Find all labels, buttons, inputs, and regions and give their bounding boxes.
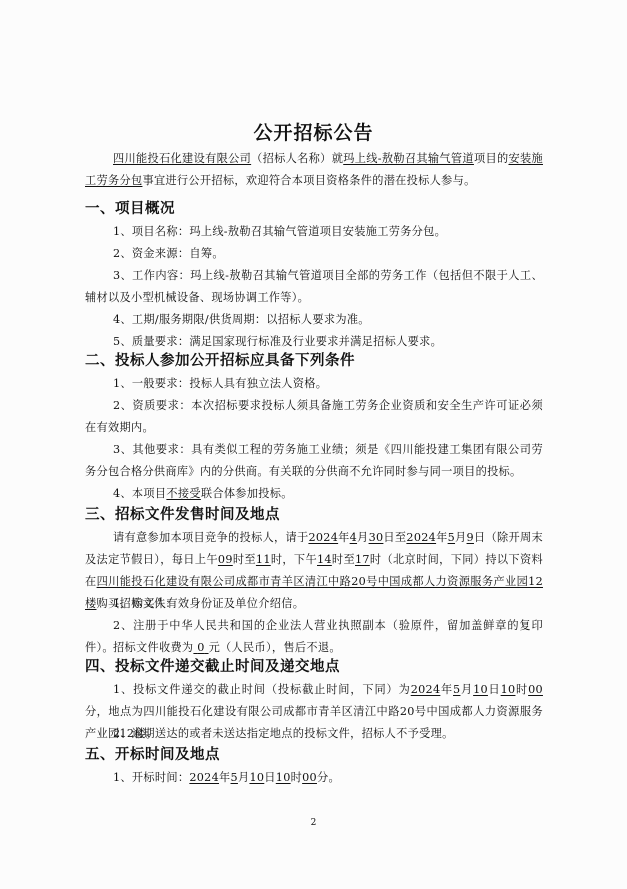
date-value: 5 <box>231 771 238 784</box>
list-item: 1、一般要求：投标人具有独立法人资格。 <box>85 373 543 395</box>
text: 项目的 <box>474 152 509 165</box>
list-item: 1、购买人有效身份证及单位介绍信。 <box>85 593 543 615</box>
text: （招标人名称）就 <box>251 152 343 165</box>
time-value: 17 <box>355 553 370 566</box>
time-value: 14 <box>317 553 332 566</box>
time-value: 00 <box>302 771 317 784</box>
list-item: 2、资质要求：本次招标要求投标人须具备施工劳务企业资质和安全生产许可证必须在有效… <box>85 395 543 439</box>
list-item: 2、资金来源：自筹。 <box>85 243 543 265</box>
section-heading-5: 五、开标时间及地点 <box>85 743 220 764</box>
document-page: 公开招标公告 四川能投石化建设有限公司（招标人名称）就玛上线-敖勒召其输气管道项… <box>0 0 627 889</box>
list-item-consortium: 4、本项目不接受联合体参加投标。 <box>85 483 543 505</box>
date-value: 2024 <box>189 771 219 784</box>
text: 1、开标时间： <box>113 771 189 784</box>
text: 4、本项目 <box>113 487 166 500</box>
time-value: 10 <box>276 771 291 784</box>
tenderer-name: 四川能投石化建设有限公司 <box>113 152 251 165</box>
text: 请有意参加本项目竞争的投标人，请于 <box>113 531 308 544</box>
text: 至 <box>395 531 407 544</box>
date-value: 2024 <box>308 531 338 544</box>
date-value: 10 <box>473 683 488 696</box>
text: 事宜进行公开招标，欢迎符合本项目资格条件的潜在投标人参与。 <box>142 174 475 187</box>
page-title: 公开招标公告 <box>0 118 627 145</box>
consortium-value: 不接受 <box>166 487 200 500</box>
time-value: 00 <box>528 683 543 696</box>
text: 招标文件收费为 <box>113 641 193 654</box>
date-value: 30 <box>369 531 384 544</box>
date-value: 5 <box>453 683 460 696</box>
fee-value: 0 <box>193 641 208 654</box>
list-item: 4、工期/服务期限/供货周期：以招标人要求为准。 <box>85 309 543 331</box>
section-heading-1: 一、项目概况 <box>85 197 175 218</box>
section-heading-4: 四、投标文件递交截止时间及递交地点 <box>85 655 340 676</box>
intro-paragraph: 四川能投石化建设有限公司（招标人名称）就玛上线-敖勒召其输气管道项目的安装施工劳… <box>85 148 543 192</box>
time-value: 10 <box>501 683 516 696</box>
time-value: 11 <box>256 553 271 566</box>
date-value: 2024 <box>411 683 441 696</box>
date-value: 10 <box>249 771 264 784</box>
list-item: 1、项目名称：玛上线-敖勒召其输气管道项目安装施工劳务分包。 <box>85 221 543 243</box>
date-value: 5 <box>448 531 455 544</box>
list-item: 3、工作内容：玛上线-敖勒召其输气管道项目全部的劳务工作（包括但不限于人工、辅材… <box>85 265 543 309</box>
section-heading-2: 二、投标人参加公开招标应具备下列条件 <box>85 349 355 370</box>
text: 。 <box>328 771 340 784</box>
section-heading-3: 三、招标文件发售时间及地点 <box>85 503 280 524</box>
text: 1、投标文件递交的截止时间（投标截止时间，下同）为 <box>113 683 411 696</box>
date-value: 9 <box>467 531 474 544</box>
time-value: 09 <box>218 553 233 566</box>
text: 元（人民币），售后不退。 <box>209 641 341 654</box>
project-name: 玛上线-敖勒召其输气管道 <box>343 152 474 165</box>
page-number: 2 <box>0 818 627 828</box>
date-value: 4 <box>350 531 357 544</box>
opening-time: 1、开标时间：2024年5月10日10时00分。 <box>85 767 543 789</box>
list-item: 2、逾期送达的或者未送达指定地点的投标文件，招标人不予受理。 <box>85 723 543 745</box>
text: 联合体参加投标。 <box>201 487 293 500</box>
text: 0 <box>197 641 204 654</box>
date-value: 2024 <box>406 531 436 544</box>
list-item: 3、其他要求：具有类似工程的劳务施工业绩；须是《四川能投建工集团有限公司劳务分包… <box>85 439 543 483</box>
